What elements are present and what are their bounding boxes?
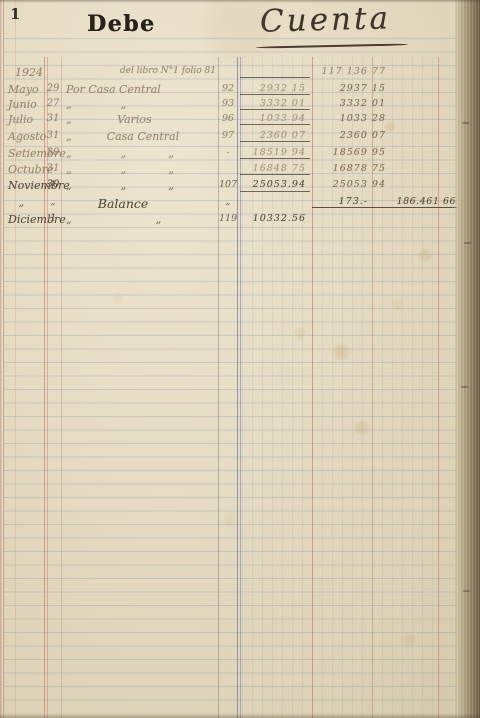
cell-folio: 92 [219, 83, 237, 94]
cell-month: Setiembre [8, 147, 48, 160]
cell-description: „ „ [66, 98, 216, 111]
cell-description: „ „ „ [66, 163, 216, 176]
cell-folio: 107 [219, 179, 237, 190]
cell-amount-2: 1033 28 [314, 113, 386, 124]
cell-amount-1: 2932 15 [240, 83, 306, 94]
cell-description: Por Casa Central [66, 83, 216, 96]
entry-underline [240, 124, 310, 125]
cell-amount-2: 25053 94 [314, 179, 386, 190]
cell-month: „ [8, 196, 48, 209]
page-edge-tick [461, 386, 468, 388]
balance-total-underline [312, 207, 458, 208]
page-edge-tick [464, 242, 471, 244]
cell-amount-2: 16878 75 [314, 163, 386, 174]
entry-underline [240, 94, 310, 95]
cell-folio: - [219, 147, 237, 158]
cell-amount-1: 18519 94 [240, 147, 306, 158]
page-edge-tick [463, 590, 470, 592]
cell-description: „ „ „ [66, 147, 216, 160]
cell-day: „ [44, 196, 62, 207]
cell-amount-2: 18569 95 [314, 147, 386, 158]
cell-month: Diciembre [8, 213, 48, 226]
ledger-row: Mayo 29 Por Casa Central 92 2932 15 2937… [0, 83, 480, 98]
cell-description: „ Casa Central [66, 130, 216, 143]
ledger-row: Junio 27 „ „ 93 3332 01 3332 01 [0, 98, 480, 113]
cell-amount-2: 117 136 77 [314, 66, 386, 77]
cell-amount-1: 10332.56 [240, 213, 306, 224]
page-edge-top [0, 0, 480, 3]
cell-month: Agosto [8, 130, 48, 143]
cell-folio: 97 [219, 130, 237, 141]
cell-description: Balance [66, 196, 216, 211]
ledger-row: Diciembre 1 „ „ 119 10332.56 [0, 213, 480, 228]
cell-amount-2: 173.- [314, 196, 386, 207]
cell-day: 30 [44, 147, 62, 158]
cell-folio: „ [219, 196, 237, 207]
page-edge-tick [462, 122, 469, 124]
entry-underline [240, 109, 310, 110]
cell-month: Julio [8, 113, 48, 126]
cell-day: 27 [44, 98, 62, 109]
handwritten-heading-cuenta: Cuenta [260, 0, 392, 39]
cell-amount-1: 2360 07 [240, 130, 306, 141]
cell-description: del libro N°1 folio 81 [66, 66, 216, 76]
cell-folio: 93 [219, 98, 237, 109]
entry-underline [240, 158, 310, 159]
cell-folio: 96 [219, 113, 237, 124]
cell-day: 30 [44, 179, 62, 190]
ledger-row: „ „ Balance „ 173.- 186.461 66 [0, 196, 480, 211]
entry-underline [240, 77, 310, 78]
cell-amount-1: 3332 01 [240, 98, 306, 109]
ledger-row: 1924 del libro N°1 folio 81 117 136 77 [0, 66, 480, 81]
cell-amount-2: 3332 01 [314, 98, 386, 109]
entry-underline [240, 191, 310, 192]
cell-day: 31 [44, 130, 62, 141]
ledger-row: Octubre 31 „ „ „ 16848 75 16878 75 [0, 163, 480, 178]
cell-day: 31 [44, 163, 62, 174]
cell-day: 29 [44, 83, 62, 94]
entry-underline [240, 174, 310, 175]
cell-description: „ „ „ [66, 179, 216, 192]
page-number: 1 [10, 5, 20, 23]
ledger-row: Julio 31 „ Varios 96 1033 94 1033 28 [0, 113, 480, 128]
cell-amount-1: 1033 94 [240, 113, 306, 124]
cuenta-underline-flourish [256, 43, 408, 48]
cell-amount-2: 2360 07 [314, 130, 386, 141]
cell-folio: 119 [219, 213, 237, 224]
cell-day: 31 [44, 113, 62, 124]
cell-month: Junio [8, 98, 48, 111]
ledger-row: Agosto 31 „ Casa Central 97 2360 07 2360… [0, 130, 480, 145]
cell-month: 1924 [8, 66, 48, 79]
ledger-page: 1 Debe Cuenta 1924 del libro N°1 folio 8… [0, 0, 480, 718]
cell-month: Noviembre [8, 179, 48, 192]
cell-amount-1: 25053.94 [240, 179, 306, 190]
cell-amount-1: 16848 75 [240, 163, 306, 174]
cell-day: 1 [44, 213, 62, 224]
entry-underline [240, 141, 310, 142]
printed-heading-debe: Debe [87, 11, 155, 37]
cell-month: Mayo [8, 83, 48, 96]
cell-amount-3: 186.461 66 [392, 196, 456, 207]
cell-amount-2: 2937 15 [314, 83, 386, 94]
cell-description: „ Varios [66, 113, 216, 126]
cell-description: „ „ [66, 213, 216, 226]
cell-month: Octubre [8, 163, 48, 176]
ledger-row: Setiembre 30 „ „ „ - 18519 94 18569 95 [0, 147, 480, 162]
